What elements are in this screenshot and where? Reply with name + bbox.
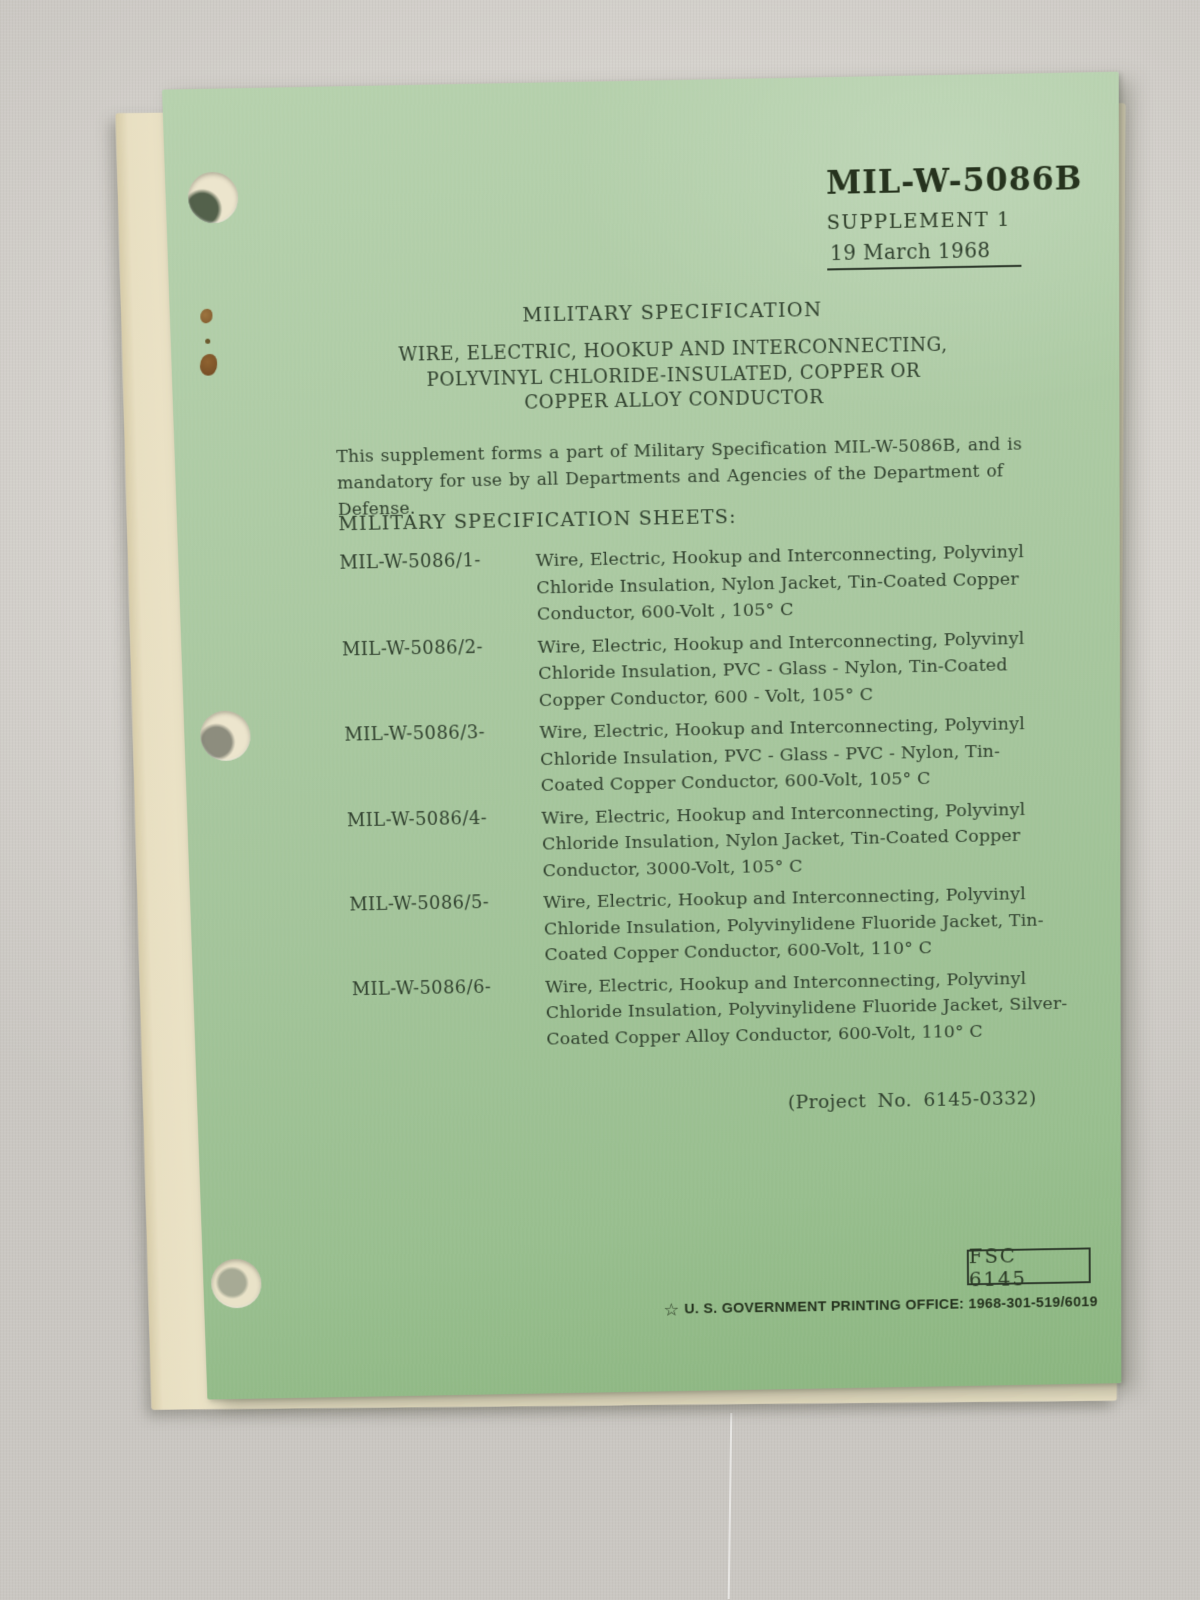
gpo-imprint-text: U. S. GOVERNMENT PRINTING OFFICE: 1968-3… [684,1294,1097,1317]
fsc-code-box: FSC 6145 [967,1247,1091,1285]
specification-heading: MILITARY SPECIFICATION [322,295,1023,331]
specification-subject: WIRE, ELECTRIC, HOOKUP AND INTERCONNECTI… [323,332,1023,420]
sheet-description: Wire, Electric, Hookup and Interconnecti… [541,795,1095,884]
paper-stack: MIL-W-5086B SUPPLEMENT 1 19 March 1968 M… [162,72,1121,1400]
sheet-row: MIL-W-5086/2- Wire, Electric, Hookup and… [342,624,1095,718]
sheet-row: MIL-W-5086/3- Wire, Electric, Hookup and… [344,710,1095,803]
sheet-description: Wire, Electric, Hookup and Interconnecti… [539,710,1095,800]
sheet-row: MIL-W-5086/1- Wire, Electric, Hookup and… [339,538,1095,632]
specification-sheets-list: MIL-W-5086/1- Wire, Electric, Hookup and… [339,538,1096,1062]
sheet-row: MIL-W-5086/5- Wire, Electric, Hookup and… [349,880,1096,972]
document-date: 19 March 1968 [827,238,1021,271]
sheet-number: MIL-W-5086/5- [349,890,543,915]
green-cover-page: MIL-W-5086B SUPPLEMENT 1 19 March 1968 M… [162,72,1121,1400]
document-number: MIL-W-5086B [826,160,1083,202]
sheet-number: MIL-W-5086/4- [347,805,542,830]
sheet-row: MIL-W-5086/4- Wire, Electric, Hookup and… [347,795,1096,888]
sheet-number: MIL-W-5086/1- [339,548,536,574]
sheet-row: MIL-W-5086/6- Wire, Electric, Hookup and… [352,964,1096,1055]
supplement-label: SUPPLEMENT 1 [827,207,1083,235]
sheet-number: MIL-W-5086/2- [342,634,538,660]
document-date-wrap: 19 March 1968 [827,237,1083,271]
page-content: MIL-W-5086B SUPPLEMENT 1 19 March 1968 M… [162,72,1121,1400]
document-id-block: MIL-W-5086B SUPPLEMENT 1 19 March 1968 [826,160,1083,270]
sheet-number: MIL-W-5086/3- [344,720,540,746]
sheet-number: MIL-W-5086/6- [352,974,546,999]
sheet-description: Wire, Electric, Hookup and Interconnecti… [535,538,1094,629]
sheet-description: Wire, Electric, Hookup and Interconnecti… [545,964,1096,1052]
sheet-description: Wire, Electric, Hookup and Interconnecti… [537,624,1095,714]
star-icon: ☆ [663,1300,679,1319]
gpo-imprint-line: ☆U. S. GOVERNMENT PRINTING OFFICE: 1968-… [663,1293,1097,1321]
backdrop-scratch [728,1413,733,1599]
project-number: (Project No. 6145-0332) [788,1087,1037,1113]
sheet-description: Wire, Electric, Hookup and Interconnecti… [543,880,1096,968]
